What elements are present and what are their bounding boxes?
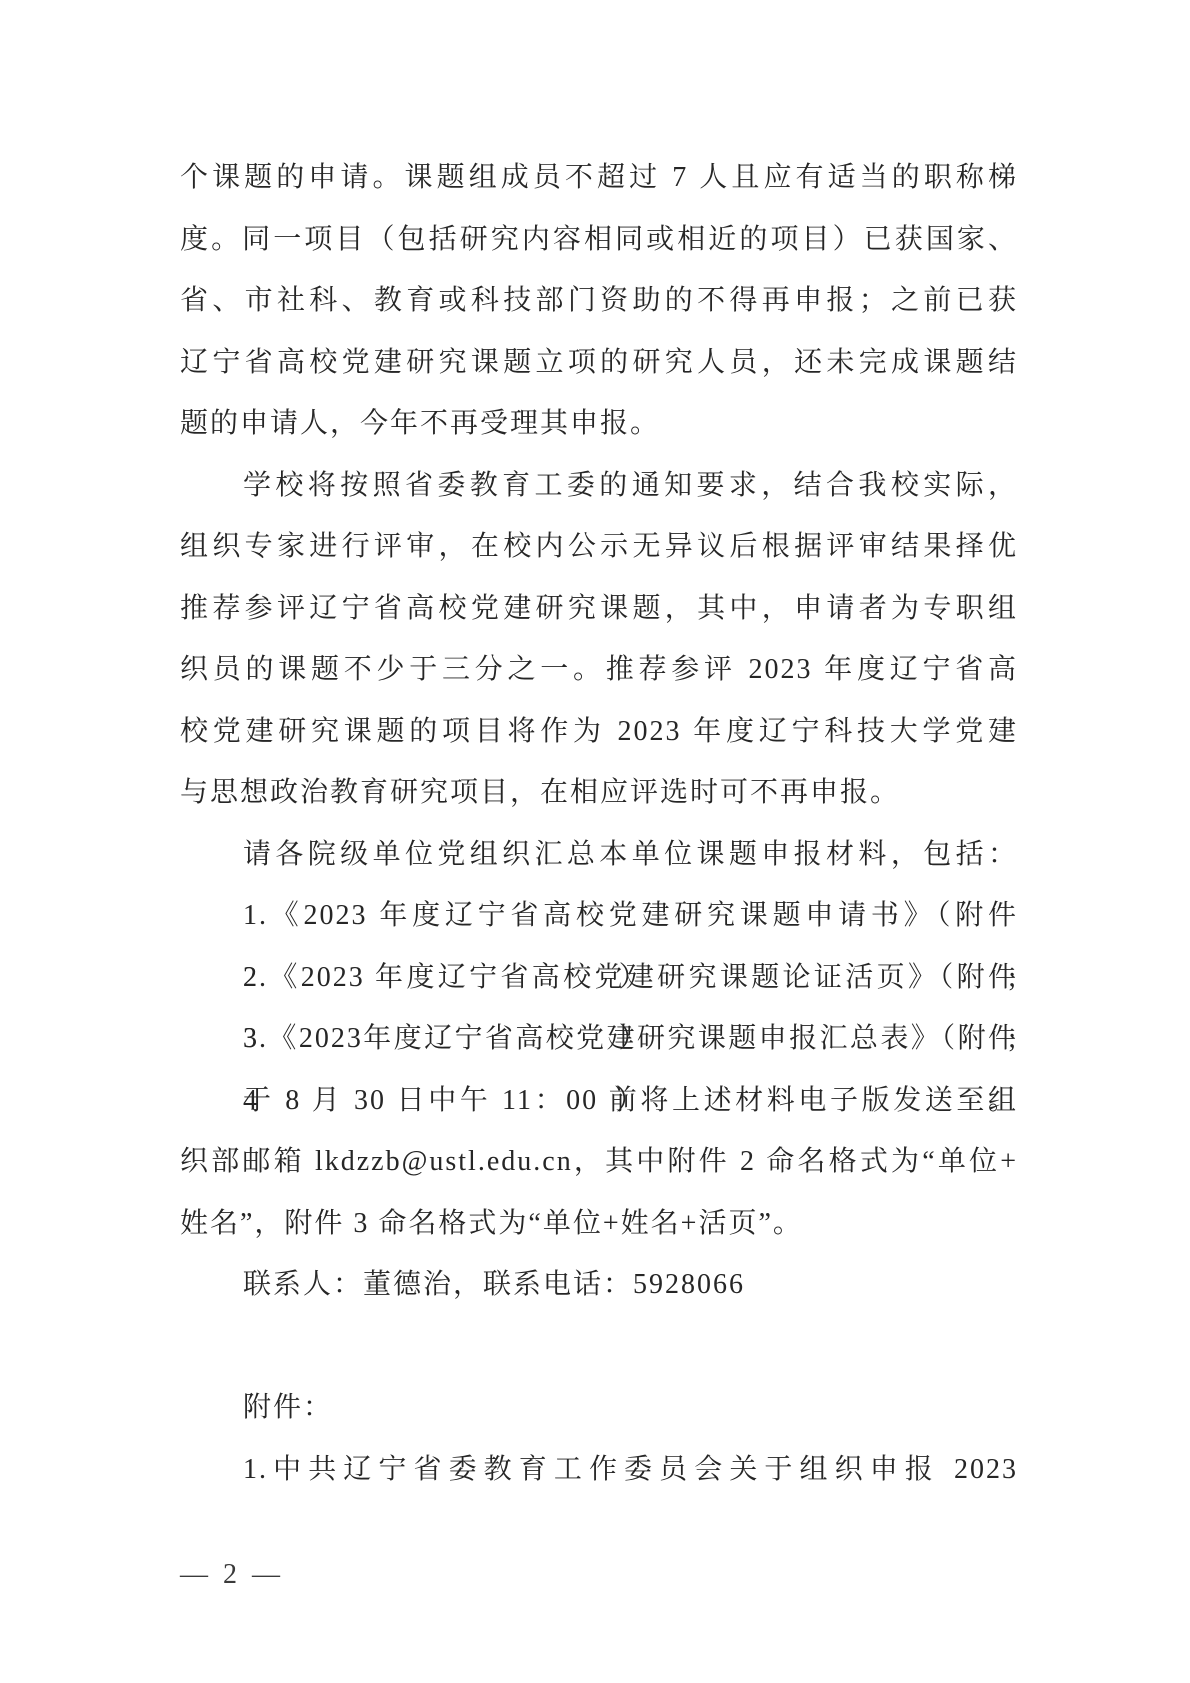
document-line: 题的申请人，今年不再受理其申报。 xyxy=(180,393,1018,455)
document-line xyxy=(180,1316,1018,1378)
document-line: 推荐参评辽宁省高校党建研究课题，其中，申请者为专职组 xyxy=(180,578,1018,640)
document-line: 于 8 月 30 日中午 11：00 前将上述材料电子版发送至组 xyxy=(180,1070,1018,1132)
document-line: 1.《2023 年度辽宁省高校党建研究课题申请书》（附件 2）; xyxy=(180,885,1018,947)
document-line: 个课题的申请。课题组成员不超过 7 人且应有适当的职称梯 xyxy=(180,147,1018,209)
document-line: 姓名”，附件 3 命名格式为“单位+姓名+活页”。 xyxy=(180,1193,1018,1255)
document-line: 1.中共辽宁省委教育工作委员会关于组织申报 2023 xyxy=(180,1439,1018,1501)
document-line: 2.《2023 年度辽宁省高校党建研究课题论证活页》（附件 3）; xyxy=(180,947,1018,1009)
document-body: 个课题的申请。课题组成员不超过 7 人且应有适当的职称梯度。同一项目（包括研究内… xyxy=(180,147,1018,1500)
document-line: 度。同一项目（包括研究内容相同或相近的项目）已获国家、 xyxy=(180,209,1018,271)
page-number: — 2 — xyxy=(180,1558,284,1592)
document-line: 联系人：董德治，联系电话：5928066 xyxy=(180,1254,1018,1316)
document-page: 个课题的申请。课题组成员不超过 7 人且应有适当的职称梯度。同一项目（包括研究内… xyxy=(0,0,1190,1683)
document-line: 织员的课题不少于三分之一。推荐参评 2023 年度辽宁省高 xyxy=(180,639,1018,701)
document-line: 附件： xyxy=(180,1377,1018,1439)
document-line: 请各院级单位党组织汇总本单位课题申报材料，包括： xyxy=(180,824,1018,886)
document-line: 织部邮箱 lkdzzb@ustl.edu.cn，其中附件 2 命名格式为“单位+ xyxy=(180,1131,1018,1193)
document-line: 省、市社科、教育或科技部门资助的不得再申报；之前已获 xyxy=(180,270,1018,332)
document-line: 辽宁省高校党建研究课题立项的研究人员，还未完成课题结 xyxy=(180,332,1018,394)
document-line: 校党建研究课题的项目将作为 2023 年度辽宁科技大学党建 xyxy=(180,701,1018,763)
document-line: 与思想政治教育研究项目，在相应评选时可不再申报。 xyxy=(180,762,1018,824)
document-line: 组织专家进行评审，在校内公示无异议后根据评审结果择优 xyxy=(180,516,1018,578)
document-line: 3.《2023年度辽宁省高校党建研究课题申报汇总表》（附件4）。 xyxy=(180,1008,1018,1070)
document-line: 学校将按照省委教育工委的通知要求，结合我校实际， xyxy=(180,455,1018,517)
